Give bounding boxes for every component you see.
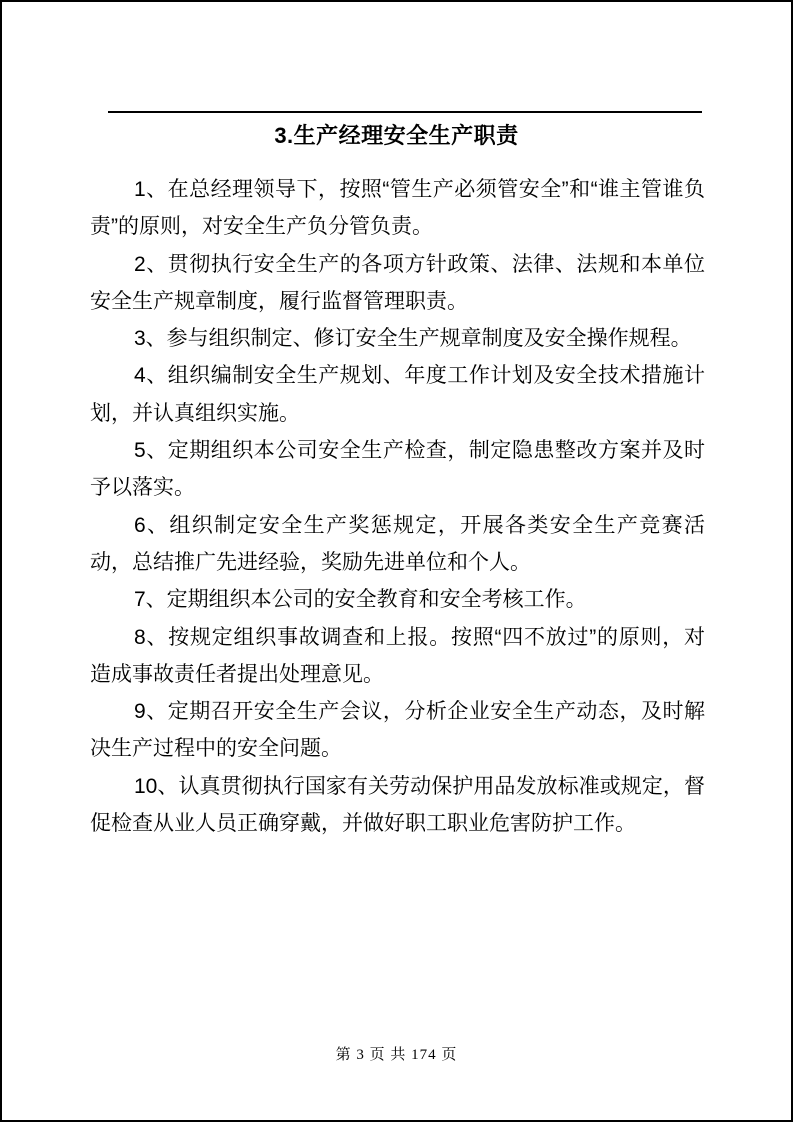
header-rule (108, 111, 702, 113)
paragraph: 2、贯彻执行安全生产的各项方针政策、法律、法规和本单位安全生产规章制度，履行监督… (90, 246, 705, 321)
paragraph: 3、参与组织制定、修订安全生产规章制度及安全操作规程。 (90, 320, 705, 357)
document-page: 3.生产经理安全生产职责 1、在总经理领导下，按照“管生产必须管安全”和“谁主管… (0, 0, 793, 1122)
paragraph: 1、在总经理领导下，按照“管生产必须管安全”和“谁主管谁负责”的原则，对安全生产… (90, 171, 705, 246)
paragraph: 9、定期召开安全生产会议，分析企业安全生产动态，及时解决生产过程中的安全问题。 (90, 693, 705, 768)
page-footer: 第 3 页 共 174 页 (2, 1043, 791, 1064)
paragraph: 10、认真贯彻执行国家有关劳动保护用品发放标准或规定，督促检查从业人员正确穿戴，… (90, 768, 705, 843)
paragraph: 6、组织制定安全生产奖惩规定，开展各类安全生产竞赛活动，总结推广先进经验，奖励先… (90, 507, 705, 582)
document-body: 1、在总经理领导下，按照“管生产必须管安全”和“谁主管谁负责”的原则，对安全生产… (90, 171, 705, 842)
document-title: 3.生产经理安全生产职责 (2, 121, 791, 151)
paragraph: 8、按规定组织事故调查和上报。按照“四不放过”的原则，对造成事故责任者提出处理意… (90, 619, 705, 694)
paragraph: 5、定期组织本公司安全生产检查，制定隐患整改方案并及时予以落实。 (90, 432, 705, 507)
paragraph: 7、定期组织本公司的安全教育和安全考核工作。 (90, 581, 705, 618)
paragraph: 4、组织编制安全生产规划、年度工作计划及安全技术措施计划，并认真组织实施。 (90, 357, 705, 432)
